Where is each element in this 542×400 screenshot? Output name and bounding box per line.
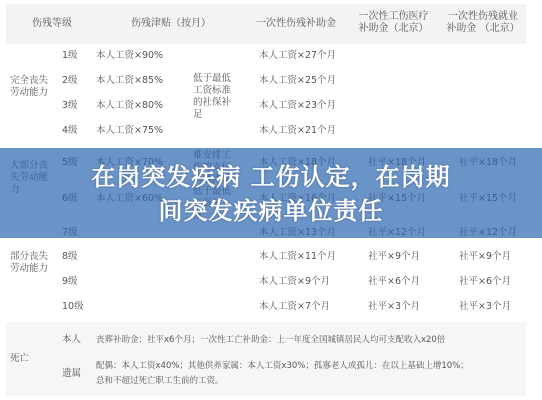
lump-cell: 本人工资×25个月 [259, 75, 336, 87]
headline-banner: 在岗突发疾病 工伤认定，在岗期 间突发疾病单位责任 [0, 160, 542, 228]
group-partial-loss: 部分丧失 劳动能力 [10, 251, 48, 275]
lump-cell: 本人工资×13个月 [259, 227, 336, 239]
death-relatives-text-1: 配偶：本人工资x40%；其他供养家属：本人工资x30%；孤寡老人或孤儿：在以上基… [96, 360, 469, 372]
grade-cell: 9级 [62, 276, 78, 288]
employment-cell: 社平×3个月 [459, 301, 511, 313]
grade-cell: 8级 [62, 251, 78, 263]
allowance-cell: 本人工资×90% [96, 50, 163, 62]
group-total-loss: 完全丧失 劳动能力 [10, 75, 48, 99]
lump-cell: 本人工资×11个月 [259, 251, 336, 263]
group-partial-line1: 部分丧失 [10, 251, 48, 263]
group-death: 死亡 [10, 353, 29, 365]
grade-cell: 10级 [62, 301, 84, 313]
lump-cell: 本人工资×9个月 [259, 276, 330, 288]
grade-cell: 3级 [62, 100, 78, 112]
group-partial-line2: 劳动能力 [10, 263, 48, 275]
death-relatives-text-2: 总和不超过死亡职工生前的工资。 [96, 375, 224, 387]
death-section: 死亡 本人 丧葬补助金：社平x6个月；一次性工亡补助金：上一年度全国城镇居民人均… [6, 322, 526, 396]
grade-cell: 7级 [62, 227, 78, 239]
medical-cell: 社平×6个月 [368, 276, 420, 288]
allowance-cell: 本人工资×75% [96, 125, 163, 137]
medical-cell: 社平×3个月 [368, 301, 420, 313]
note-line: 工资标准 [193, 85, 231, 97]
header-allowance: 伤残津贴（按月） [116, 18, 226, 30]
header-lump-employment-line2: 补助金 （北京） [438, 23, 528, 35]
header-lump-disability: 一次性伤残补助金 [246, 18, 346, 30]
death-self-text: 丧葬补助金：社平x6个月；一次性工亡补助金：上一年度全国城镇居民人均可支配收入x… [96, 334, 445, 346]
lump-cell: 本人工资×7个月 [259, 301, 330, 313]
employment-cell: 社平×6个月 [459, 276, 511, 288]
note-line: 的社保补 [193, 97, 231, 109]
grade-cell: 4级 [62, 125, 78, 137]
death-self-label: 本人 [62, 334, 81, 346]
grade-cell: 1级 [62, 50, 78, 62]
header-lump-medical-line2: 补助金（北京） [351, 23, 436, 35]
employment-cell: 社平×12个月 [459, 227, 517, 239]
lump-cell: 本人工资×23个月 [259, 100, 336, 112]
death-relatives-label: 遗属 [62, 368, 81, 380]
employment-cell: 社平×9个月 [459, 251, 511, 263]
headline-line2: 间突发疾病单位责任 [0, 194, 542, 228]
note-line: 足 [193, 109, 231, 121]
header-lump-medical-line1: 一次性工伤医疗 [351, 11, 436, 23]
table-header: 伤残等级 伤残津贴（按月） 一次性伤残补助金 一次性工伤医疗 补助金（北京） 一… [6, 4, 526, 44]
lump-cell: 本人工资×27个月 [259, 50, 336, 62]
header-lump-employment: 一次性伤残就业 补助金 （北京） [438, 11, 528, 35]
lump-cell: 本人工资×21个月 [259, 125, 336, 137]
note-line: 低于最低 [193, 73, 231, 85]
header-lump-employment-line1: 一次性伤残就业 [438, 11, 528, 23]
medical-cell: 社平×12个月 [368, 227, 426, 239]
allowance-cell: 本人工资×85% [96, 75, 163, 87]
headline-line1: 在岗突发疾病 工伤认定，在岗期 [0, 160, 542, 194]
medical-cell: 社平×9个月 [368, 251, 420, 263]
group-total-line2: 劳动能力 [10, 87, 48, 99]
grade-cell: 2级 [62, 75, 78, 87]
page: 伤残等级 伤残津贴（按月） 一次性伤残补助金 一次性工伤医疗 补助金（北京） 一… [0, 0, 542, 400]
header-lump-medical: 一次性工伤医疗 补助金（北京） [351, 11, 436, 35]
header-grade: 伤残等级 [22, 18, 82, 30]
min-wage-note: 低于最低 工资标准 的社保补 足 [193, 73, 231, 121]
group-total-line1: 完全丧失 [10, 75, 48, 87]
allowance-cell: 本人工资×80% [96, 100, 163, 112]
